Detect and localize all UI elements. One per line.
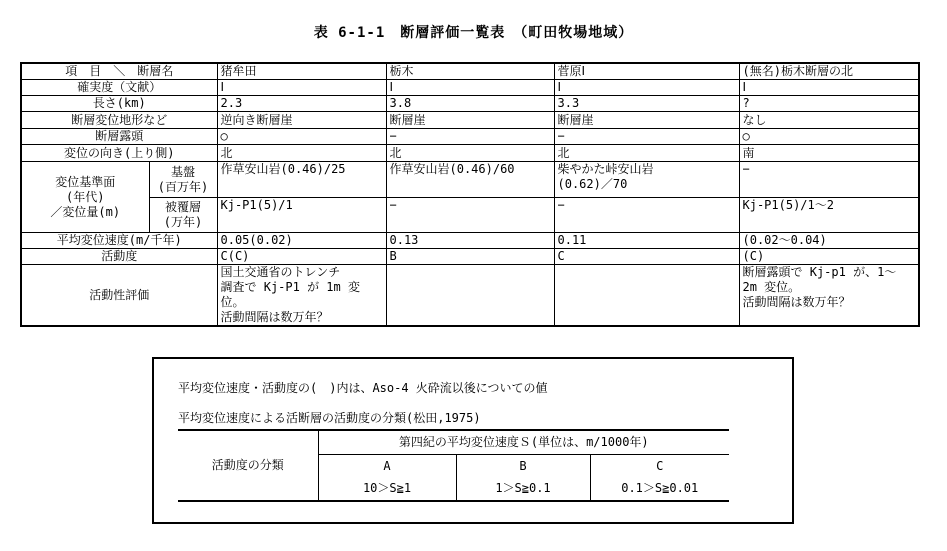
- cell-direction-0: 北: [217, 145, 386, 162]
- note-line-classification: 平均変位速度による活断層の活動度の分類(松田,1975): [178, 409, 481, 426]
- table-row: 変位基準面 (年代) ／変位量(m) 基盤 (百万年) 作草安山岩(0.46)/…: [21, 162, 919, 198]
- row-label-evaluation: 活動性評価: [21, 265, 217, 327]
- class-cell-b: B1＞S≧0.1: [456, 454, 590, 501]
- cell-outcrop-2: −: [554, 129, 739, 145]
- cell-activity-3: (C): [739, 249, 919, 265]
- cell-slip-rate-0: 0.05(0.02): [217, 233, 386, 249]
- cell-outcrop-0: ○: [217, 129, 386, 145]
- cell-landform-3: なし: [739, 112, 919, 129]
- table-row: 活動度 C(C) B C (C): [21, 249, 919, 265]
- cell-evaluation-2: [554, 265, 739, 327]
- header-fault-tochigi: 栃木: [386, 63, 554, 80]
- class-table-row-label: 活動度の分類: [178, 430, 318, 501]
- row-label-landform: 断層変位地形など: [21, 112, 217, 129]
- cell-cover-3: Kj-P1(5)/1～2: [739, 198, 919, 233]
- cell-basement-2: 柴やかた峠安山岩 (0.62)／70: [554, 162, 739, 198]
- cell-basement-3: −: [739, 162, 919, 198]
- class-c-range: 0.1＞S≧0.01: [621, 481, 698, 495]
- table-row: 長さ(km) 2.3 3.8 3.3 ?: [21, 96, 919, 112]
- page: { "title": "表 6-1-1 断層評価一覧表 （町田牧場地域）", "…: [0, 0, 947, 551]
- cell-cover-1: −: [386, 198, 554, 233]
- cell-landform-1: 断層崖: [386, 112, 554, 129]
- table-row: 項 目 ＼ 断層名 猪牟田 栃木 菅原Ⅰ (無名)栃木断層の北: [21, 63, 919, 80]
- cell-outcrop-1: −: [386, 129, 554, 145]
- cell-basement-0: 作草安山岩(0.46)/25: [217, 162, 386, 198]
- class-table-header: 第四紀の平均変位速度Ｓ(単位は、m/1000年): [318, 430, 729, 454]
- cell-activity-1: B: [386, 249, 554, 265]
- cell-length-2: 3.3: [554, 96, 739, 112]
- fault-evaluation-table: 項 目 ＼ 断層名 猪牟田 栃木 菅原Ⅰ (無名)栃木断層の北 確実度（文献） …: [20, 62, 920, 327]
- row-label-direction: 変位の向き(上り側): [21, 145, 217, 162]
- row-label-outcrop: 断層露頭: [21, 129, 217, 145]
- cell-length-1: 3.8: [386, 96, 554, 112]
- row-label-basement: 基盤 (百万年): [149, 162, 217, 198]
- class-cell-a: A10＞S≧1: [318, 454, 456, 501]
- cell-length-0: 2.3: [217, 96, 386, 112]
- table-row: 変位の向き(上り側) 北 北 北 南: [21, 145, 919, 162]
- cell-slip-rate-1: 0.13: [386, 233, 554, 249]
- cell-direction-1: 北: [386, 145, 554, 162]
- table-row: 断層変位地形など 逆向き断層崖 断層崖 断層崖 なし: [21, 112, 919, 129]
- row-label-certainty: 確実度（文献）: [21, 80, 217, 96]
- table-row: 断層露頭 ○ − − ○: [21, 129, 919, 145]
- activity-classification-table: 活動度の分類 第四紀の平均変位速度Ｓ(単位は、m/1000年) A10＞S≧1 …: [178, 429, 729, 502]
- row-label-length: 長さ(km): [21, 96, 217, 112]
- table-row: 確実度（文献） Ⅰ Ⅰ Ⅰ Ⅰ: [21, 80, 919, 96]
- cell-cover-2: −: [554, 198, 739, 233]
- row-label-cover: 被覆層 (万年): [149, 198, 217, 233]
- cell-direction-3: 南: [739, 145, 919, 162]
- table-row: 活動性評価 国土交通省のトレンチ 調査で Kj-P1 が 1m 変位。 活動間隔…: [21, 265, 919, 327]
- cell-activity-0: C(C): [217, 249, 386, 265]
- cell-slip-rate-3: (0.02～0.04): [739, 233, 919, 249]
- note-line-parentheses: 平均変位速度・活動度の( )内は、Aso-4 火砕流以後についての値: [178, 379, 548, 396]
- cell-cover-0: Kj-P1(5)/1: [217, 198, 386, 233]
- cell-evaluation-0: 国土交通省のトレンチ 調査で Kj-P1 が 1m 変位。 活動間隔は数万年？: [217, 265, 386, 327]
- note-box: 平均変位速度・活動度の( )内は、Aso-4 火砕流以後についての値 平均変位速…: [152, 357, 794, 524]
- cell-landform-2: 断層崖: [554, 112, 739, 129]
- row-label-activity: 活動度: [21, 249, 217, 265]
- table-row: 被覆層 (万年) Kj-P1(5)/1 − − Kj-P1(5)/1～2: [21, 198, 919, 233]
- cell-certainty-2: Ⅰ: [554, 80, 739, 96]
- cell-certainty-0: Ⅰ: [217, 80, 386, 96]
- row-label-slip-rate: 平均変位速度(m/千年): [21, 233, 217, 249]
- cell-length-3: ?: [739, 96, 919, 112]
- cell-direction-2: 北: [554, 145, 739, 162]
- cell-slip-rate-2: 0.11: [554, 233, 739, 249]
- cell-evaluation-1: [386, 265, 554, 327]
- header-item-label: 項 目 ＼ 断層名: [21, 63, 217, 80]
- header-fault-sugawara1: 菅原Ⅰ: [554, 63, 739, 80]
- header-fault-inomuta: 猪牟田: [217, 63, 386, 80]
- table-row: 活動度の分類 第四紀の平均変位速度Ｓ(単位は、m/1000年): [178, 430, 729, 454]
- class-cell-c: C0.1＞S≧0.01: [590, 454, 729, 501]
- page-title: 表 6-1-1 断層評価一覧表 （町田牧場地域）: [0, 22, 947, 42]
- table-row: 平均変位速度(m/千年) 0.05(0.02) 0.13 0.11 (0.02～…: [21, 233, 919, 249]
- class-a-range: 10＞S≧1: [363, 481, 411, 495]
- class-c-name: C: [656, 459, 663, 473]
- header-fault-unnamed: (無名)栃木断層の北: [739, 63, 919, 80]
- cell-certainty-1: Ⅰ: [386, 80, 554, 96]
- cell-basement-1: 作草安山岩(0.46)/60: [386, 162, 554, 198]
- cell-activity-2: C: [554, 249, 739, 265]
- cell-landform-0: 逆向き断層崖: [217, 112, 386, 129]
- class-b-name: B: [519, 459, 526, 473]
- cell-certainty-3: Ⅰ: [739, 80, 919, 96]
- cell-evaluation-3: 断層露頭で Kj-p1 が、1～ 2m 変位。 活動間隔は数万年？: [739, 265, 919, 327]
- cell-outcrop-3: ○: [739, 129, 919, 145]
- class-b-range: 1＞S≧0.1: [495, 481, 550, 495]
- class-a-name: A: [383, 459, 390, 473]
- row-label-datum: 変位基準面 (年代) ／変位量(m): [21, 162, 149, 233]
